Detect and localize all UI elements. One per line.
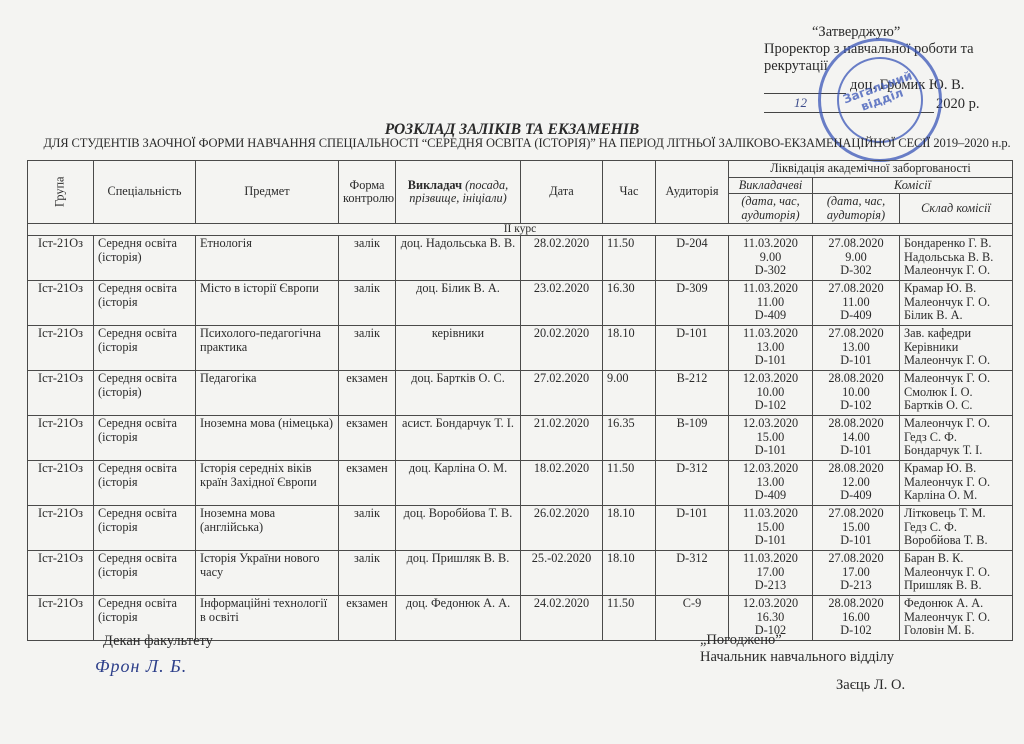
date-handwritten: 12 [794,95,807,110]
cell-specialty: Середня освіта (історія [94,461,196,506]
header-debt-liquidation: Ліквідація академічної заборгованості [729,161,1013,178]
cell-date: 24.02.2020 [521,596,603,641]
cell-specialty: Середня освіта (історія [94,281,196,326]
cell-date: 26.02.2020 [521,506,603,551]
cell-room: D-312 [656,551,729,596]
cell-subject: Іноземна мова (німецька) [196,416,339,461]
cell-time: 16.35 [603,416,656,461]
cell-subject: Психолого-педагогічна практика [196,326,339,371]
cell-teacher: доц. Бартків О. С. [396,371,521,416]
cell-time: 9.00 [603,371,656,416]
header-room: Аудиторія [656,161,729,224]
header-group: Група [28,161,94,224]
cell-subject: Місто в історії Європи [196,281,339,326]
cell-specialty: Середня освіта (історія) [94,236,196,281]
cell-control-form: екзамен [339,596,396,641]
cell-subject: Історія України нового часу [196,551,339,596]
dean-label: Декан факультету [103,633,213,650]
header-teacher: Викладач (посада, прізвище, ініціали) [396,161,521,224]
cell-room: D-101 [656,506,729,551]
cell-room: B-109 [656,416,729,461]
cell-commission-retake: 28.08.2020 10.00 D-102 [813,371,900,416]
cell-subject: Історія середніх віків країн Західної Єв… [196,461,339,506]
cell-teacher-retake: 12.03.2020 15.00 D-101 [729,416,813,461]
cell-date: 25.-02.2020 [521,551,603,596]
course-label: ІІ курс [28,224,1013,236]
header-date: Дата [521,161,603,224]
table-row: Іст-21ОзСередня освіта (історія)Етнологі… [28,236,1013,281]
cell-commission-retake: 27.08.2020 9.00 D-302 [813,236,900,281]
header-to-teacher: Викладачеві [729,177,813,194]
cell-time: 11.50 [603,596,656,641]
table-row: Іст-21ОзСередня освіта (історіяІноземна … [28,416,1013,461]
cell-room: D-312 [656,461,729,506]
header-commission: Комісії [813,177,1013,194]
cell-teacher: доц. Воробйова Т. В. [396,506,521,551]
agreed-heading: „Погоджено” [700,632,894,649]
cell-commission-retake: 27.08.2020 13.00 D-101 [813,326,900,371]
cell-teacher-retake: 12.03.2020 13.00 D-409 [729,461,813,506]
cell-time: 16.30 [603,281,656,326]
cell-teacher: доц. Білик В. А. [396,281,521,326]
cell-teacher: доц. Карліна О. М. [396,461,521,506]
table-row: Іст-21ОзСередня освіта (історія)Педагогі… [28,371,1013,416]
cell-commission-members: Федонюк А. А. Малеончук Г. О. Головін М.… [900,596,1013,641]
cell-teacher: доц. Надольська В. В. [396,236,521,281]
header-commission-date-time-room: (дата, час, аудиторія) [813,194,900,224]
cell-group: Іст-21Оз [28,461,94,506]
cell-subject: Етнологія [196,236,339,281]
table-row: Іст-21ОзСередня освіта (історіяПсихолого… [28,326,1013,371]
cell-group: Іст-21Оз [28,416,94,461]
cell-subject: Інформаційні технології в освіті [196,596,339,641]
document-subtitle: ДЛЯ СТУДЕНТІВ ЗАОЧНОЇ ФОРМИ НАВЧАННЯ СПЕ… [30,136,1024,151]
cell-commission-members: Малеончук Г. О. Смолюк І. О. Бартків О. … [900,371,1013,416]
cell-room: B-212 [656,371,729,416]
cell-teacher-retake: 11.03.2020 11.00 D-409 [729,281,813,326]
header-subject: Предмет [196,161,339,224]
cell-control-form: залік [339,551,396,596]
cell-time: 11.50 [603,461,656,506]
approval-year: 2020 р. [936,96,980,113]
cell-control-form: екзамен [339,461,396,506]
table-row: Іст-21ОзСередня освіта (історіяІсторія У… [28,551,1013,596]
header-time: Час [603,161,656,224]
cell-date: 27.02.2020 [521,371,603,416]
cell-teacher-retake: 12.03.2020 10.00 D-102 [729,371,813,416]
cell-specialty: Середня освіта (історія [94,326,196,371]
signature-mark [764,76,767,91]
cell-commission-retake: 28.08.2020 14.00 D-101 [813,416,900,461]
cell-commission-retake: 27.08.2020 17.00 D-213 [813,551,900,596]
cell-specialty: Середня освіта (історія [94,506,196,551]
cell-commission-members: Зав. кафедри Керівники Малеончук Г. О. [900,326,1013,371]
cell-teacher: доц. Федонюк А. А. [396,596,521,641]
cell-teacher: доц. Пришляк В. В. [396,551,521,596]
header-specialty: Спеціальність [94,161,196,224]
cell-commission-members: Баран В. К. Малеончук Г. О. Пришляк В. В… [900,551,1013,596]
header-commission-members: Склад комісії [900,194,1013,224]
cell-time: 18.10 [603,551,656,596]
cell-group: Іст-21Оз [28,551,94,596]
cell-time: 18.10 [603,326,656,371]
cell-control-form: залік [339,506,396,551]
cell-control-form: екзамен [339,416,396,461]
cell-commission-members: Крамар Ю. В. Малеончук Г. О. Білик В. А. [900,281,1013,326]
cell-group: Іст-21Оз [28,506,94,551]
cell-commission-retake: 28.08.2020 12.00 D-409 [813,461,900,506]
cell-date: 21.02.2020 [521,416,603,461]
cell-teacher-retake: 11.03.2020 13.00 D-101 [729,326,813,371]
cell-specialty: Середня освіта (історія [94,551,196,596]
dean-signature: Фрон Л. Б. [95,658,187,675]
schedule-table: Група Спеціальність Предмет Форма контро… [27,160,1013,641]
agreed-name: Заєць Л. О. [836,677,905,694]
cell-teacher-retake: 11.03.2020 17.00 D-213 [729,551,813,596]
cell-specialty: Середня освіта (історія) [94,371,196,416]
cell-control-form: залік [339,281,396,326]
agreed-position: Начальник навчального відділу [700,649,894,666]
cell-teacher: асист. Бондарчук Т. І. [396,416,521,461]
cell-subject: Іноземна мова (англійська) [196,506,339,551]
cell-room: D-101 [656,326,729,371]
header-teacher-date-time-room: (дата, час, аудиторія) [729,194,813,224]
cell-control-form: залік [339,326,396,371]
cell-control-form: екзамен [339,371,396,416]
cell-commission-members: Літковець Т. М. Гедз С. Ф. Воробйова Т. … [900,506,1013,551]
cell-teacher: керівники [396,326,521,371]
cell-specialty: Середня освіта (історія [94,416,196,461]
cell-teacher-retake: 11.03.2020 9.00 D-302 [729,236,813,281]
table-row: Іст-21ОзСередня освіта (історіяІноземна … [28,506,1013,551]
cell-group: Іст-21Оз [28,371,94,416]
cell-date: 18.02.2020 [521,461,603,506]
cell-teacher-retake: 11.03.2020 15.00 D-101 [729,506,813,551]
cell-group: Іст-21Оз [28,281,94,326]
cell-commission-members: Бондаренко Г. В. Надольська В. В. Малеон… [900,236,1013,281]
header-control-form: Форма контролю [339,161,396,224]
cell-subject: Педагогіка [196,371,339,416]
cell-time: 11.50 [603,236,656,281]
cell-commission-members: Малеончук Г. О. Гедз С. Ф. Бондарчук Т. … [900,416,1013,461]
cell-date: 20.02.2020 [521,326,603,371]
cell-commission-retake: 27.08.2020 11.00 D-409 [813,281,900,326]
cell-date: 23.02.2020 [521,281,603,326]
cell-group: Іст-21Оз [28,326,94,371]
stamp-text: Загальний відділ [820,62,940,127]
agreed-block: „Погоджено” Начальник навчального відділ… [700,632,894,666]
table-row: Іст-21ОзСередня освіта (історіяІсторія с… [28,461,1013,506]
cell-time: 18.10 [603,506,656,551]
cell-group: Іст-21Оз [28,596,94,641]
table-row: Іст-21ОзСередня освіта (історіяМісто в і… [28,281,1013,326]
cell-control-form: залік [339,236,396,281]
cell-room: D-309 [656,281,729,326]
cell-date: 28.02.2020 [521,236,603,281]
cell-group: Іст-21Оз [28,236,94,281]
cell-commission-retake: 27.08.2020 15.00 D-101 [813,506,900,551]
cell-commission-members: Крамар Ю. В. Малеончук Г. О. Карліна О. … [900,461,1013,506]
cell-room: D-204 [656,236,729,281]
